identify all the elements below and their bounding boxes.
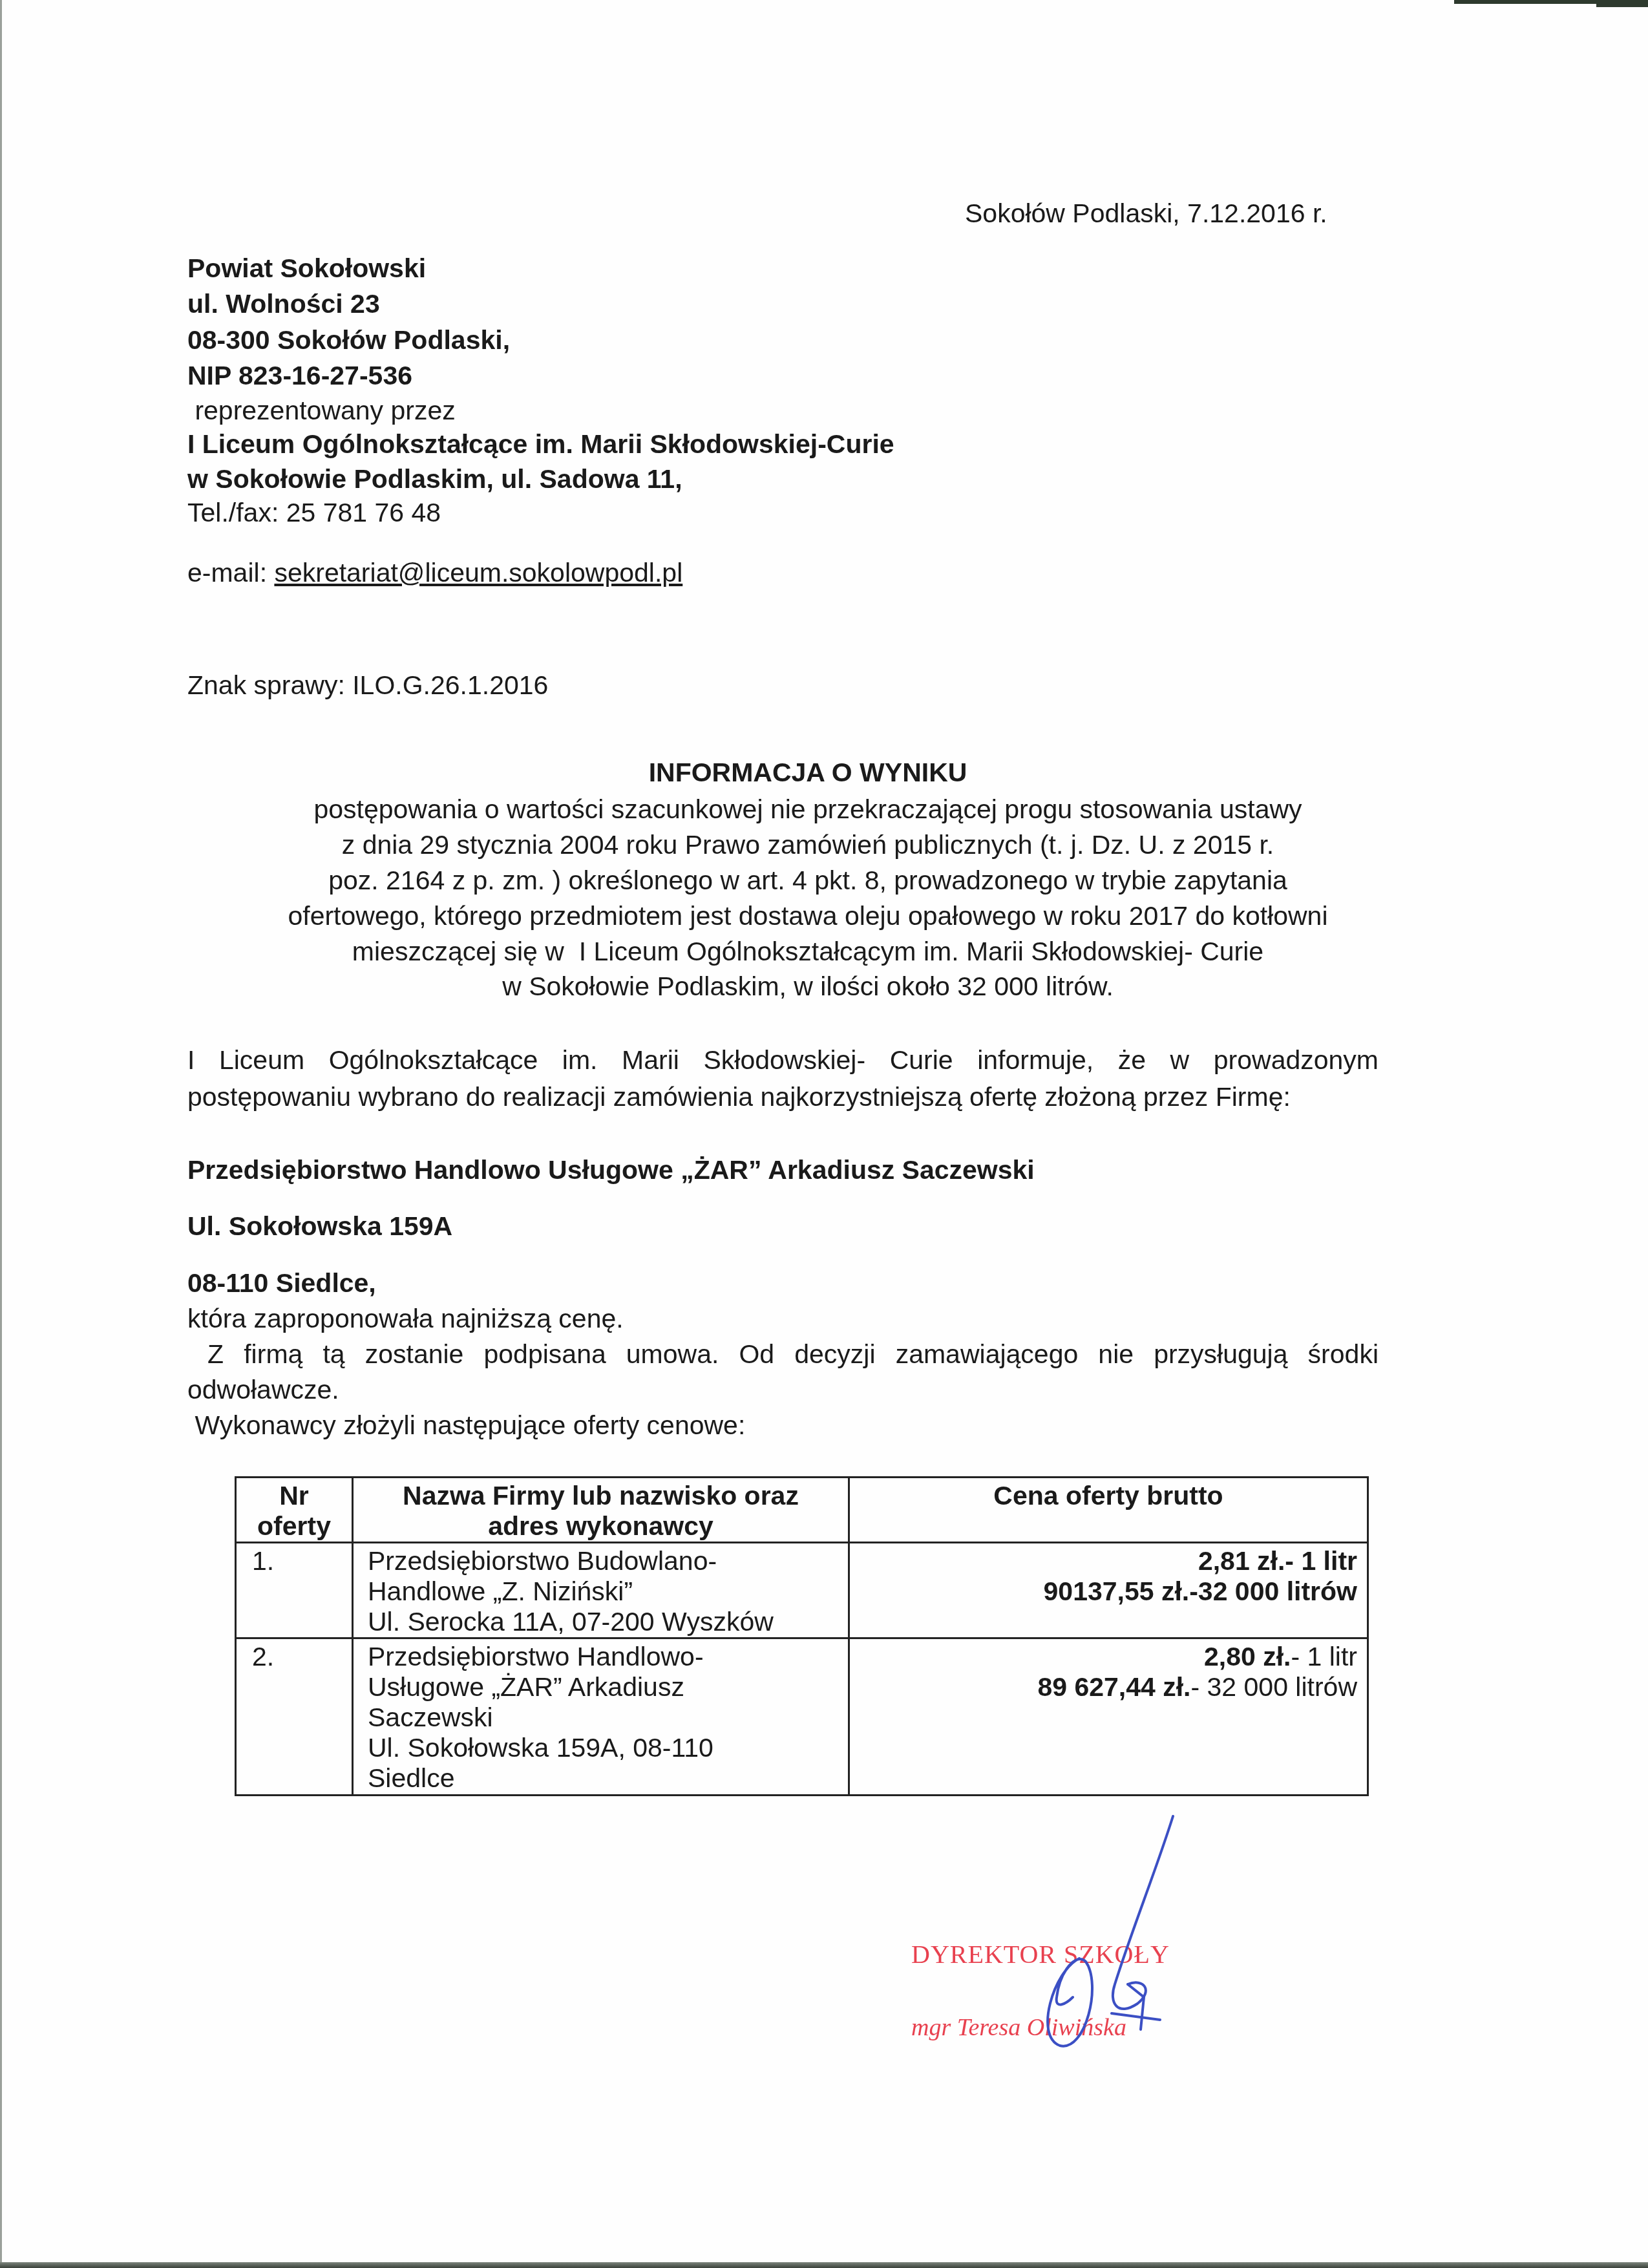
represented-by: reprezentowany przez — [187, 397, 456, 424]
row-2-nr: 2. — [236, 1638, 353, 1796]
row-2-price: 2,80 zł.- 1 litr 89 627,44 zł.- 32 000 l… — [849, 1638, 1368, 1796]
subtitle-line-1: postępowania o wartości szacunkowej nie … — [162, 796, 1454, 823]
case-number: Znak sprawy: ILO.G.26.1.2016 — [187, 672, 548, 699]
table-row: 2. Przedsiębiorstwo Handlowo- Usługowe „… — [236, 1638, 1368, 1796]
email-link[interactable]: sekretariat@liceum.sokolowpodl.pl — [274, 558, 682, 588]
row-2-contractor: Przedsiębiorstwo Handlowo- Usługowe „ŻAR… — [353, 1638, 849, 1796]
row-1-price: 2,81 zł.- 1 litr 90137,55 zł.-32 000 lit… — [849, 1543, 1368, 1638]
subtitle-line-5: mieszczącej się w I Liceum Ogólnokształc… — [162, 938, 1454, 965]
offers-table: Nr oferty Nazwa Firmy lub nazwisko oraz … — [235, 1476, 1369, 1796]
scan-edge-bottom — [0, 2262, 1648, 2268]
winner-name: Przedsiębiorstwo Handlowo Usługowe „ŻAR”… — [187, 1157, 1035, 1183]
table-row: 1. Przedsiębiorstwo Budowlano- Handlowe … — [236, 1543, 1368, 1638]
lowest-price-note: która zaproponowała najniższą cenę. — [187, 1306, 624, 1332]
school-name: I Liceum Ogólnokształcące im. Marii Skło… — [187, 431, 894, 458]
header-nr: Nr oferty — [236, 1478, 353, 1543]
contract-line-1: Z firmą tą zostanie podpisana umowa. Od … — [187, 1341, 1379, 1368]
subtitle-line-6: w Sokołowie Podlaskim, w ilości około 32… — [162, 973, 1454, 1000]
signature-icon — [989, 1803, 1247, 2062]
subtitle-line-3: poz. 2164 z p. zm. ) określonego w art. … — [162, 867, 1454, 894]
scan-edge-top-corner — [1596, 0, 1648, 7]
email-label: e-mail: — [187, 558, 274, 588]
school-address: w Sokołowie Podlaskim, ul. Sadowa 11, — [187, 466, 682, 493]
header-contractor: Nazwa Firmy lub nazwisko oraz adres wyko… — [353, 1478, 849, 1543]
place-date: Sokołów Podlaski, 7.12.2016 r. — [965, 200, 1327, 227]
phone-fax: Tel./fax: 25 781 76 48 — [187, 500, 441, 526]
header-price: Cena oferty brutto — [849, 1478, 1368, 1543]
sender-street: ul. Wolności 23 — [187, 291, 380, 317]
sender-name: Powiat Sokołowski — [187, 255, 426, 282]
subtitle-line-2: z dnia 29 stycznia 2004 roku Prawo zamów… — [162, 832, 1454, 858]
contract-line-2: odwoławcze. — [187, 1377, 339, 1403]
intro-line-1: I Liceum Ogólnokształcące im. Marii Skło… — [187, 1047, 1379, 1074]
document-title: INFORMACJA O WYNIKU — [162, 759, 1454, 786]
sender-nip: NIP 823-16-27-536 — [187, 363, 412, 389]
email-row: e-mail: sekretariat@liceum.sokolowpodl.p… — [187, 560, 682, 586]
table-header-row: Nr oferty Nazwa Firmy lub nazwisko oraz … — [236, 1478, 1368, 1543]
winner-street: Ul. Sokołowska 159A — [187, 1213, 452, 1240]
sender-city: 08-300 Sokołów Podlaski, — [187, 327, 510, 354]
row-1-contractor: Przedsiębiorstwo Budowlano- Handlowe „Z.… — [353, 1543, 849, 1638]
offers-intro: Wykonawcy złożyli następujące oferty cen… — [187, 1412, 745, 1439]
intro-line-2: postępowaniu wybrano do realizacji zamów… — [187, 1084, 1291, 1110]
row-1-nr: 1. — [236, 1543, 353, 1638]
document-page: Sokołów Podlaski, 7.12.2016 r. Powiat So… — [0, 0, 1648, 2268]
winner-city: 08-110 Siedlce, — [187, 1270, 376, 1297]
scan-edge-left — [0, 0, 2, 2268]
subtitle-line-4: ofertowego, którego przedmiotem jest dos… — [162, 903, 1454, 929]
